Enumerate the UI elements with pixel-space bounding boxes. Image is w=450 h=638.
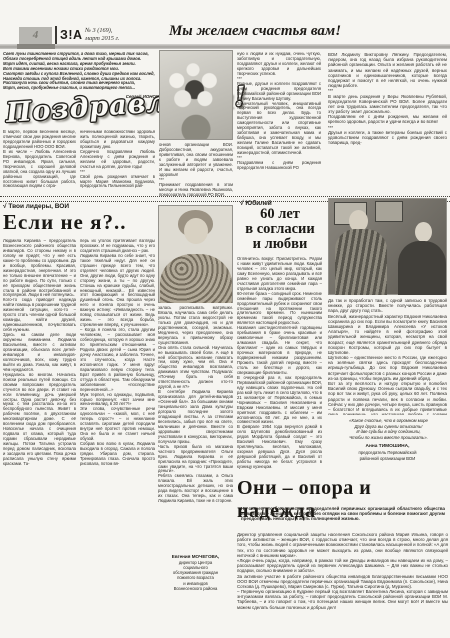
congrats-column-2: ниченными возможностями здоровья жить по…	[80, 130, 155, 196]
photo-detail-woman-head	[415, 222, 432, 242]
page-motto: Мы желаем счастья вам!	[140, 23, 370, 40]
photo-woman-portrait	[158, 205, 233, 303]
congrats-column-1: В марте, первом весеннем месяце, отмечаю…	[3, 130, 76, 196]
photo-detail-face	[184, 218, 208, 244]
photo-flowers-bouquet	[159, 50, 233, 140]
newspaper-logo: З!А	[60, 28, 83, 42]
header-divider-rule	[55, 26, 57, 45]
photo-detail-man-sweater	[335, 229, 387, 295]
jubilee-column-1: Оглянитесь вокруг. Присмотритесь. Рядом …	[237, 257, 322, 477]
kicker-tvoi-lidery: √ Твои лидеры, ВОИ	[3, 203, 69, 210]
esli-column-2: перь их уголок притягивает взгляды прохо…	[80, 239, 155, 595]
esli-column-1: Людмила Кираева – председатель Вознесенс…	[3, 239, 76, 595]
photo-detail-wall-frame-2	[376, 202, 402, 221]
newspaper-page: 4 З!А № 3 (169), март 2015 г. Мы желаем …	[0, 0, 450, 638]
article-headline-esli-ne-ya: Если не я?..	[3, 210, 158, 235]
esli-column-3: залась расписывать матрёшки. Вязала, нау…	[158, 306, 233, 552]
photo-elderly-couple	[328, 198, 447, 295]
photo-detail-blouse	[160, 254, 232, 303]
congrats-column-3: онной организации ВОИ. Добросовестная, а…	[159, 143, 233, 196]
signature-mochegova-role: директор Центра социального обслуживания…	[158, 560, 233, 592]
jubilee-quote: «Какое счастье, что в огромном мире Друг…	[332, 418, 445, 440]
header-bar	[0, 44, 450, 49]
opora-body: Директор управления социальной защиты на…	[237, 532, 448, 614]
poem-text: Свет луны таинственно струится, а дома т…	[3, 52, 159, 94]
article-headline-60-let: 60 лет в согласии и любви	[237, 207, 323, 253]
opora-lead: Не секрет, что большинство председателей…	[241, 506, 445, 530]
signature-timoshina-role: председатель Первомайской районной орган…	[328, 450, 447, 461]
jubilee-column-2: Да так и проработал там, с одной записью…	[328, 298, 447, 415]
congrats-column-5: ВОИ Людмилу Викторовну Ляпкину. Председа…	[328, 52, 447, 196]
photo-detail-woman-figure	[398, 241, 446, 295]
header-bar-accent	[17, 44, 55, 49]
congrats-column-4: ную к людям и их нуждам, очень чуткую, з…	[237, 52, 321, 196]
issue-info: № 3 (169), март 2015 г.	[85, 27, 119, 43]
page-number: 4	[19, 27, 52, 44]
